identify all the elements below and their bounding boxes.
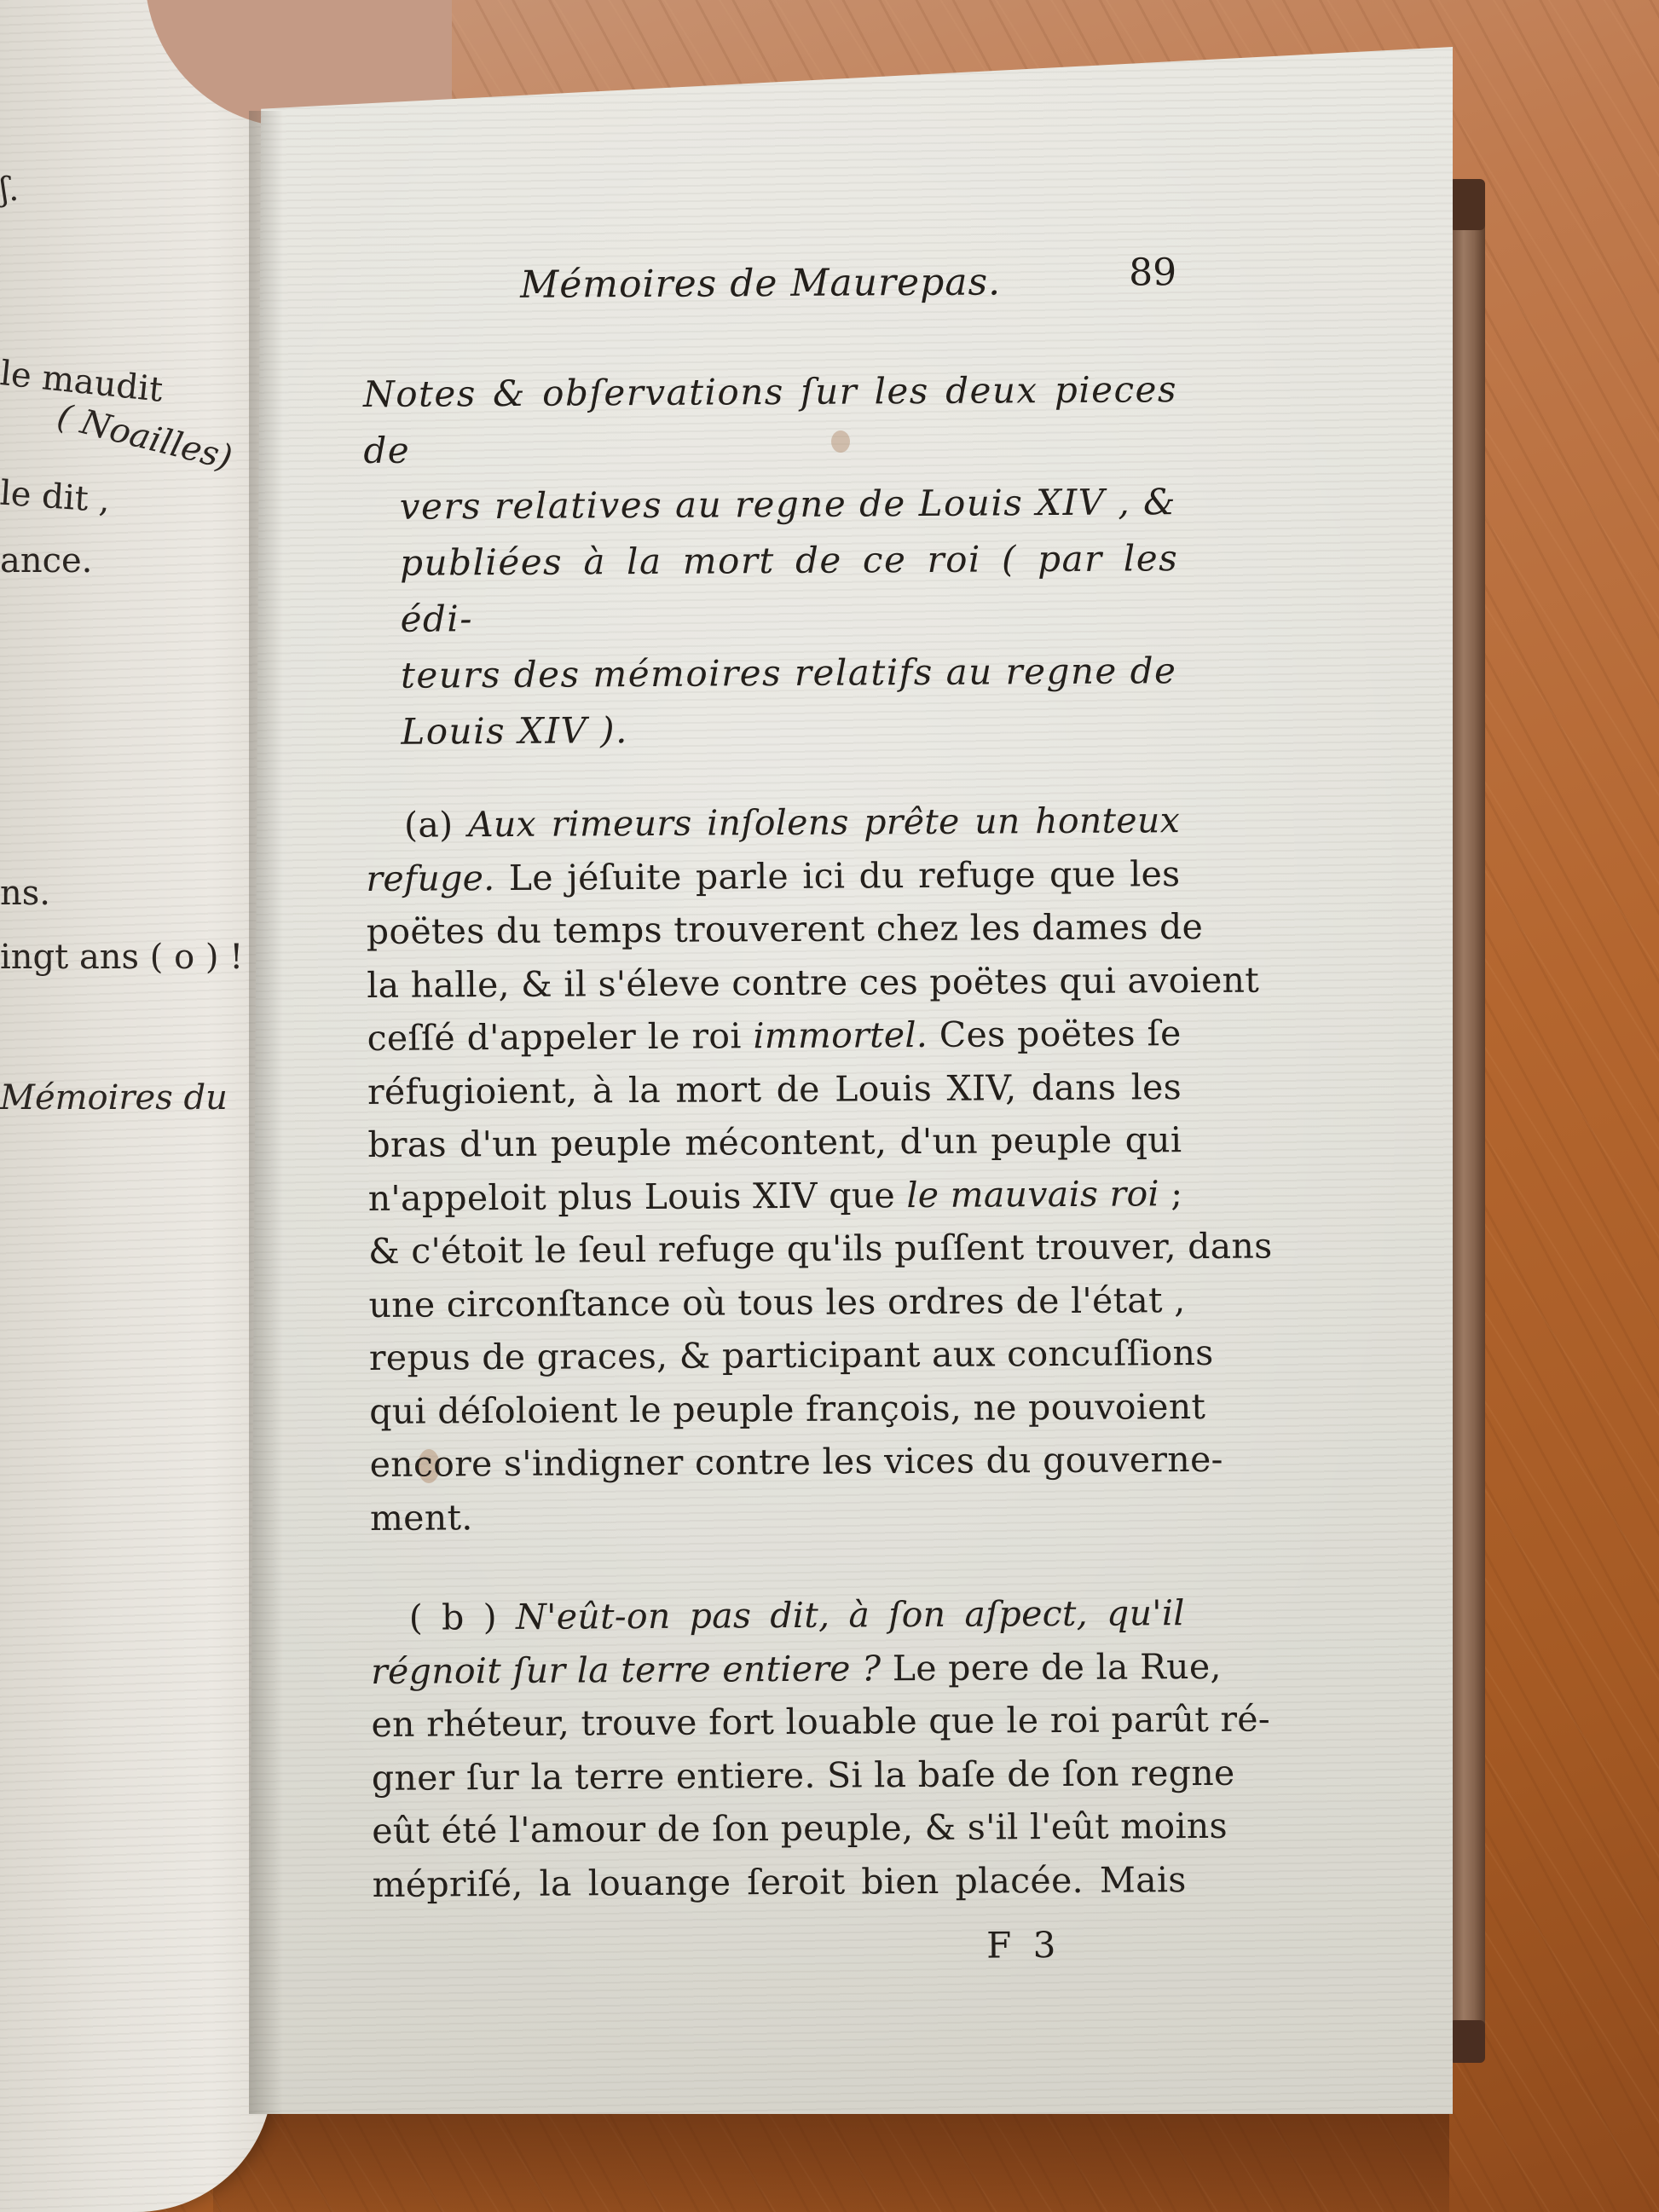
note-text: Ces poëtes ſe xyxy=(939,1013,1182,1055)
note-emphasis: immortel. xyxy=(753,1014,928,1056)
note-line: la halle, & il s'éleve contre ces poëtes… xyxy=(367,954,1181,1012)
note-label: ( b ) xyxy=(409,1597,497,1638)
note-line: poëtes du temps trouverent chez les dame… xyxy=(367,900,1181,958)
note-line: n'appeloit plus Louis XIV que le mauvais… xyxy=(368,1167,1182,1225)
heading-line: Notes & obſervations ſur les deux pieces… xyxy=(363,361,1178,479)
note-text: Le jéſuite parle ici du refuge que les xyxy=(509,853,1181,898)
left-page-fragment: le dit , xyxy=(0,474,112,521)
note-line: & c'étoit le ſeul refuge qu'ils puſſent … xyxy=(368,1220,1182,1278)
note-line: mépriſé, la louange ſeroit bien placée. … xyxy=(372,1853,1186,1911)
heading-line: Louis XIV ). xyxy=(365,699,1179,760)
note-line: qui déſoloient le peuple françois, ne po… xyxy=(369,1380,1183,1438)
note-line: réfugioient, à la mort de Louis XIV, dan… xyxy=(367,1060,1182,1118)
book-cover-edge xyxy=(1449,179,1485,2063)
note-emphasis: le mauvais roi xyxy=(906,1173,1159,1216)
cover-corner-bottom xyxy=(1449,2020,1485,2063)
page-text: Mémoires de Maurepas. 89 Notes & obſerva… xyxy=(362,251,1187,1988)
note-line: ceſſé d'appeler le roi immortel. Ces poë… xyxy=(367,1007,1181,1065)
note-line: en rhéteur, trouve fort louable que le r… xyxy=(371,1693,1185,1751)
note-text: ceſſé d'appeler le roi xyxy=(367,1015,741,1059)
signature-mark: F 3 xyxy=(373,1923,1187,1988)
note-quote: N'eût-on pas dit, à ſon aſpect, qu'il xyxy=(516,1592,1185,1637)
note-line: ( b ) N'eût-on pas dit, à ſon aſpect, qu… xyxy=(371,1586,1185,1644)
heading-line: teurs des mémoires relatifs au regne de xyxy=(365,643,1179,704)
heading-line: vers relatives au regne de Louis XIV , & xyxy=(364,474,1178,535)
signature-text: F 3 xyxy=(986,1924,1061,1967)
note-a: (a) Aux rimeurs inſolens prête un honteu… xyxy=(366,794,1184,1545)
left-page-fragment: ʃ. xyxy=(0,170,19,208)
note-b: ( b ) N'eût-on pas dit, à ſon aſpect, qu… xyxy=(371,1586,1187,1911)
running-title: Mémoires de Maurepas. xyxy=(520,260,1001,306)
note-line: repus de graces, & participant aux concu… xyxy=(369,1326,1183,1384)
note-quote: Aux rimeurs inſolens prête un honteux xyxy=(468,800,1180,845)
left-page-fragment: ( Noailles) xyxy=(54,396,236,477)
page-number: 89 xyxy=(1129,251,1176,294)
note-line: ment. xyxy=(370,1487,1184,1545)
left-page-fragment: Mémoires du xyxy=(0,1078,228,1118)
gutter-shadow xyxy=(249,111,283,2114)
note-text: Le pere de la Rue, xyxy=(893,1645,1222,1688)
note-line: encore s'indigner contre les vices du go… xyxy=(369,1433,1183,1491)
note-quote: refuge. xyxy=(366,858,494,899)
note-line: une circonſtance où tous les ordres de l… xyxy=(368,1273,1182,1331)
left-page-fragment: ance. xyxy=(0,541,92,580)
note-line: bras d'un peuple mécontent, d'un peuple … xyxy=(367,1113,1182,1171)
running-head: Mémoires de Maurepas. 89 xyxy=(362,251,1177,332)
left-page-fragment: ns. xyxy=(0,874,50,913)
cover-corner-top xyxy=(1449,179,1485,230)
note-line: régnoit ſur la terre entiere ? Le pere d… xyxy=(371,1640,1185,1698)
heading-line: publiées à la mort de ce roi ( par les é… xyxy=(364,530,1179,648)
note-line: gner ſur la terre entiere. Si la baſe de… xyxy=(372,1747,1186,1805)
left-page: ʃ. le maudit ( Noailles) le dit , ance. … xyxy=(0,0,273,2212)
note-line: (a) Aux rimeurs inſolens prête un honteu… xyxy=(366,794,1180,852)
notes-heading: Notes & obſervations ſur les deux pieces… xyxy=(363,361,1180,760)
note-line: refuge. Le jéſuite parle ici du refuge q… xyxy=(366,847,1180,905)
left-page-fragment: ingt ans ( o ) ! xyxy=(0,938,243,977)
note-text: ; xyxy=(1171,1173,1182,1214)
note-quote: régnoit ſur la terre entiere ? xyxy=(371,1648,882,1692)
note-line: eût été l'amour de ſon peuple, & s'il l'… xyxy=(372,1799,1186,1857)
table-shadow xyxy=(213,2097,1449,2212)
note-text: n'appeloit plus Louis XIV que xyxy=(368,1175,896,1219)
note-label: (a) xyxy=(404,804,454,845)
